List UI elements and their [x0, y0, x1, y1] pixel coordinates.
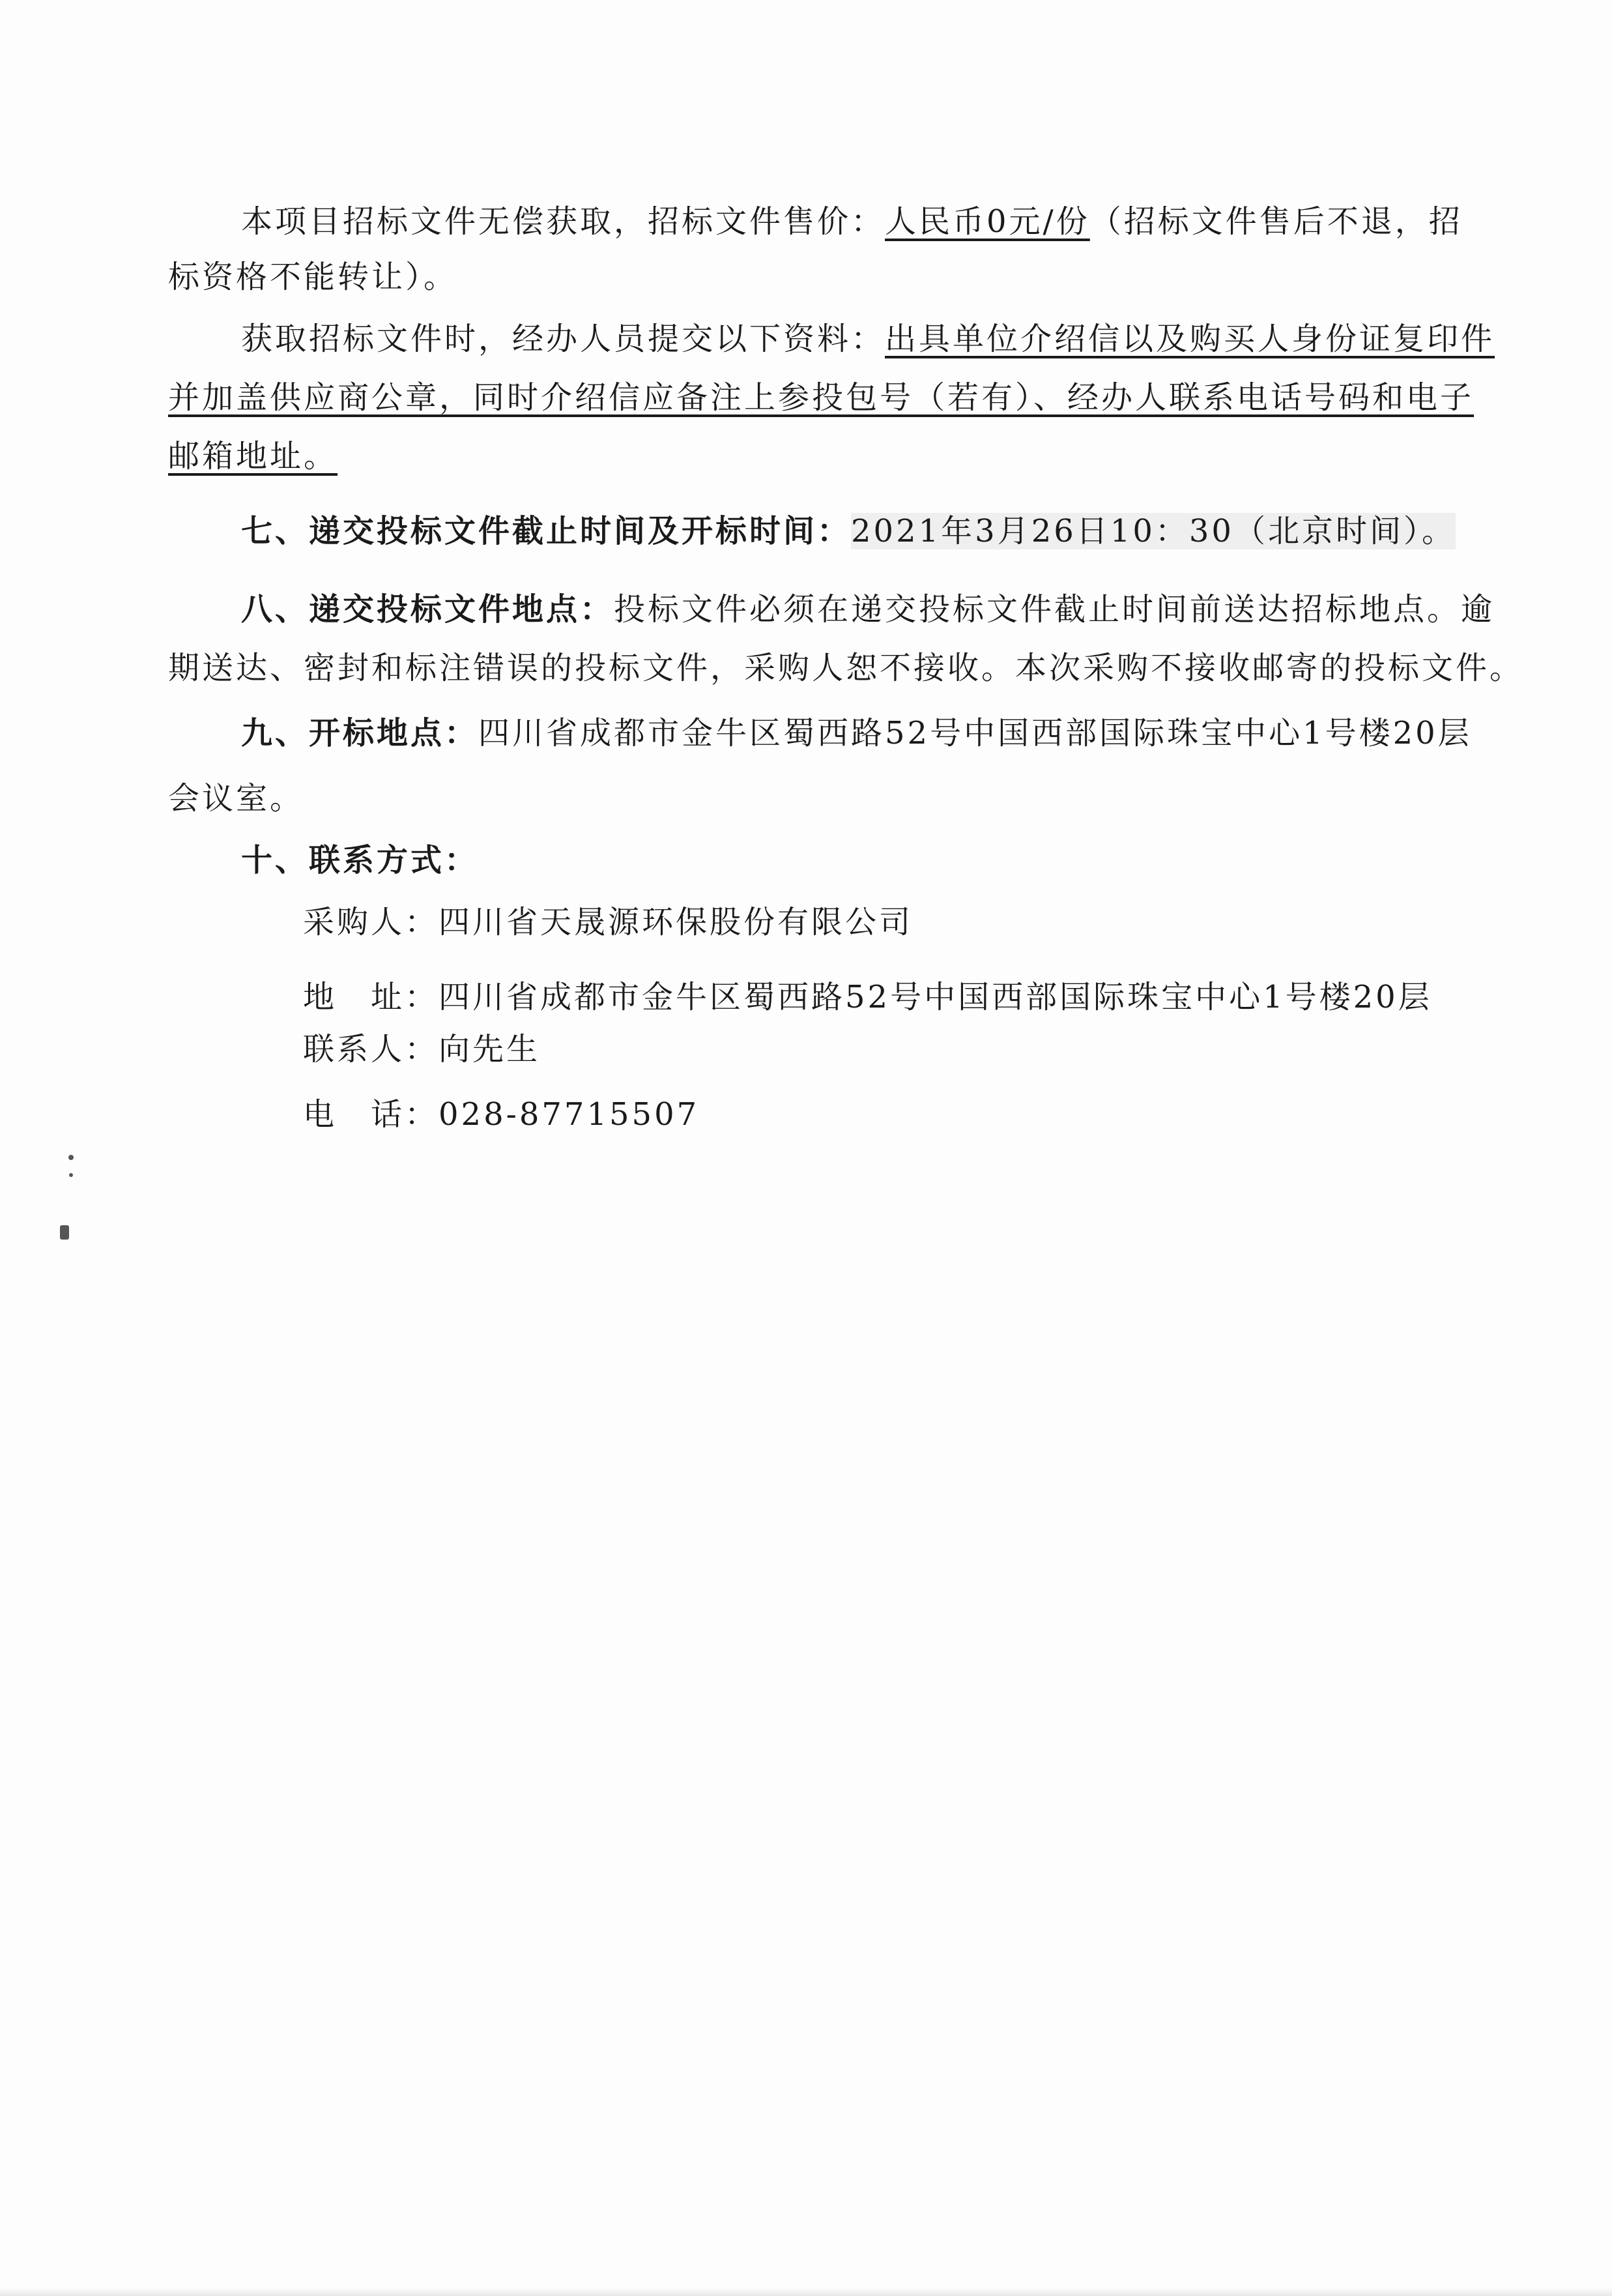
- deadline-value: 2021年3月26日10：30（北京时间）。: [851, 513, 1456, 549]
- contact-value: 向先生: [439, 1031, 540, 1068]
- scan-mark: [60, 1225, 69, 1240]
- address-row: 地 址：四川省成都市金牛区蜀西路52号中国西部国际珠宝中心1号楼20层: [303, 978, 1432, 1017]
- section-submission-location: 八、递交投标文件地点：投标文件必须在递交投标文件截止时间前送达招标地点。逾: [241, 590, 1495, 629]
- purchaser-label: 采购人：: [303, 904, 439, 940]
- address-value: 四川省成都市金牛区蜀西路52号中国西部国际珠宝中心1号楼20层: [439, 979, 1432, 1015]
- deadline-heading: 七、递交投标文件截止时间及开标时间：: [241, 513, 851, 549]
- scan-speck: [68, 1155, 74, 1160]
- submission-heading: 八、递交投标文件地点：: [241, 591, 614, 628]
- section-deadline: 七、递交投标文件截止时间及开标时间：2021年3月26日10：30（北京时间）。: [241, 512, 1456, 551]
- contact-label: 联系人：: [303, 1031, 439, 1068]
- contact-row: 联系人：向先生: [303, 1030, 540, 1069]
- document-page: 本项目招标文件无偿获取，招标文件售价：人民币0元/份（招标文件售后不退，招 标资…: [0, 0, 1612, 2296]
- submission-text-2: 期送达、密封和标注错误的投标文件，采购人恕不接收。本次采购不接收邮寄的投标文件。: [168, 648, 1523, 688]
- purchaser-value: 四川省天晟源环保股份有限公司: [439, 904, 913, 940]
- paragraph-fee: 本项目招标文件无偿获取，招标文件售价：人民币0元/份（招标文件售后不退，招: [241, 202, 1463, 241]
- paragraph-documents: 获取招标文件时，经办人员提交以下资料：出具单位介绍信以及购买人身份证复印件: [241, 319, 1495, 358]
- fee-text: 本项目招标文件无偿获取，招标文件售价：: [241, 203, 885, 240]
- contact-heading: 十、联系方式：: [241, 841, 478, 880]
- documents-underlined-2: 并加盖供应商公章，同时介绍信应备注上参投包号（若有）、经办人联系电话号码和电子: [168, 378, 1474, 417]
- documents-underlined-1: 出具单位介绍信以及购买人身份证复印件: [885, 321, 1495, 357]
- fee-price: 人民币0元/份: [885, 203, 1090, 240]
- submission-text-1: 投标文件必须在递交投标文件截止时间前送达招标地点。逾: [614, 591, 1495, 628]
- paragraph-fee-line2: 标资格不能转让）。: [168, 257, 457, 297]
- page-bottom-edge: [0, 2287, 1612, 2296]
- purchaser-row: 采购人：四川省天晟源环保股份有限公司: [303, 903, 913, 942]
- fee-note: （招标文件售后不退，招: [1090, 203, 1463, 240]
- scan-speck: [69, 1173, 73, 1177]
- opening-address: 四川省成都市金牛区蜀西路52号中国西部国际珠宝中心1号楼20层: [478, 715, 1472, 751]
- address-label: 地 址：: [303, 979, 439, 1015]
- section-opening-location: 九、开标地点：四川省成都市金牛区蜀西路52号中国西部国际珠宝中心1号楼20层: [241, 714, 1472, 753]
- phone-row: 电 话：028-87715507: [303, 1095, 699, 1134]
- phone-label: 电 话：: [303, 1096, 439, 1133]
- phone-value: 028-87715507: [439, 1096, 699, 1133]
- opening-address-2: 会议室。: [168, 779, 304, 818]
- opening-heading: 九、开标地点：: [241, 715, 478, 751]
- documents-underlined-3: 邮箱地址。: [168, 437, 338, 476]
- documents-text: 获取招标文件时，经办人员提交以下资料：: [241, 321, 885, 357]
